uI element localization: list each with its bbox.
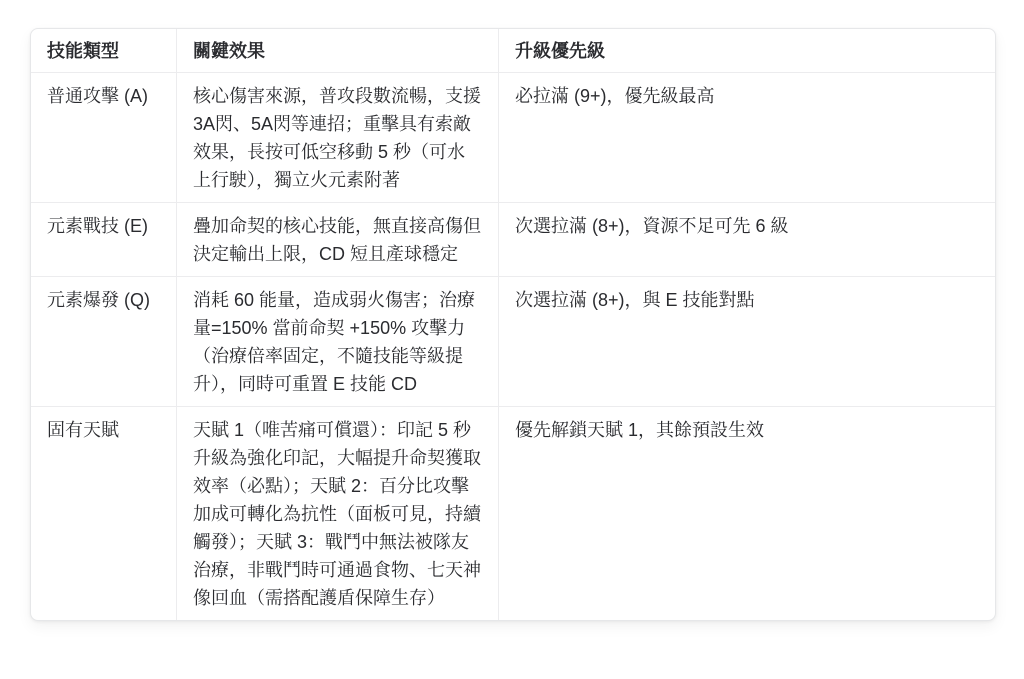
- header-skill-type: 技能類型: [31, 29, 177, 72]
- cell-upgrade-priority: 必拉滿 (9+)，優先級最高: [499, 73, 995, 202]
- cell-skill-type: 元素戰技 (E): [31, 203, 177, 276]
- table-header-row: 技能類型 關鍵效果 升級優先級: [31, 29, 995, 72]
- cell-upgrade-priority: 優先解鎖天賦 1，其餘預設生效: [499, 407, 995, 620]
- table-row: 元素戰技 (E) 疊加命契的核心技能，無直接高傷但決定輸出上限，CD 短且產球穩…: [31, 202, 995, 276]
- cell-skill-type: 普通攻擊 (A): [31, 73, 177, 202]
- cell-upgrade-priority: 次選拉滿 (8+)，資源不足可先 6 級: [499, 203, 995, 276]
- header-key-effects: 關鍵效果: [177, 29, 499, 72]
- cell-key-effects: 疊加命契的核心技能，無直接高傷但決定輸出上限，CD 短且產球穩定: [177, 203, 499, 276]
- table-row: 元素爆發 (Q) 消耗 60 能量，造成弱火傷害；治療量=150% 當前命契 +…: [31, 276, 995, 406]
- cell-upgrade-priority: 次選拉滿 (8+)，與 E 技能對點: [499, 277, 995, 406]
- cell-key-effects: 天賦 1（唯苦痛可償還）：印記 5 秒升級為強化印記，大幅提升命契獲取效率（必點…: [177, 407, 499, 620]
- header-upgrade-priority: 升級優先級: [499, 29, 995, 72]
- cell-key-effects: 消耗 60 能量，造成弱火傷害；治療量=150% 當前命契 +150% 攻擊力（…: [177, 277, 499, 406]
- cell-skill-type: 固有天賦: [31, 407, 177, 620]
- cell-skill-type: 元素爆發 (Q): [31, 277, 177, 406]
- cell-key-effects: 核心傷害來源，普攻段數流暢，支援 3A閃、5A閃等連招；重擊具有索敵效果，長按可…: [177, 73, 499, 202]
- skill-guide-table: 技能類型 關鍵效果 升級優先級 普通攻擊 (A) 核心傷害來源，普攻段數流暢，支…: [30, 28, 996, 621]
- table-row: 固有天賦 天賦 1（唯苦痛可償還）：印記 5 秒升級為強化印記，大幅提升命契獲取…: [31, 406, 995, 620]
- table-row: 普通攻擊 (A) 核心傷害來源，普攻段數流暢，支援 3A閃、5A閃等連招；重擊具…: [31, 72, 995, 202]
